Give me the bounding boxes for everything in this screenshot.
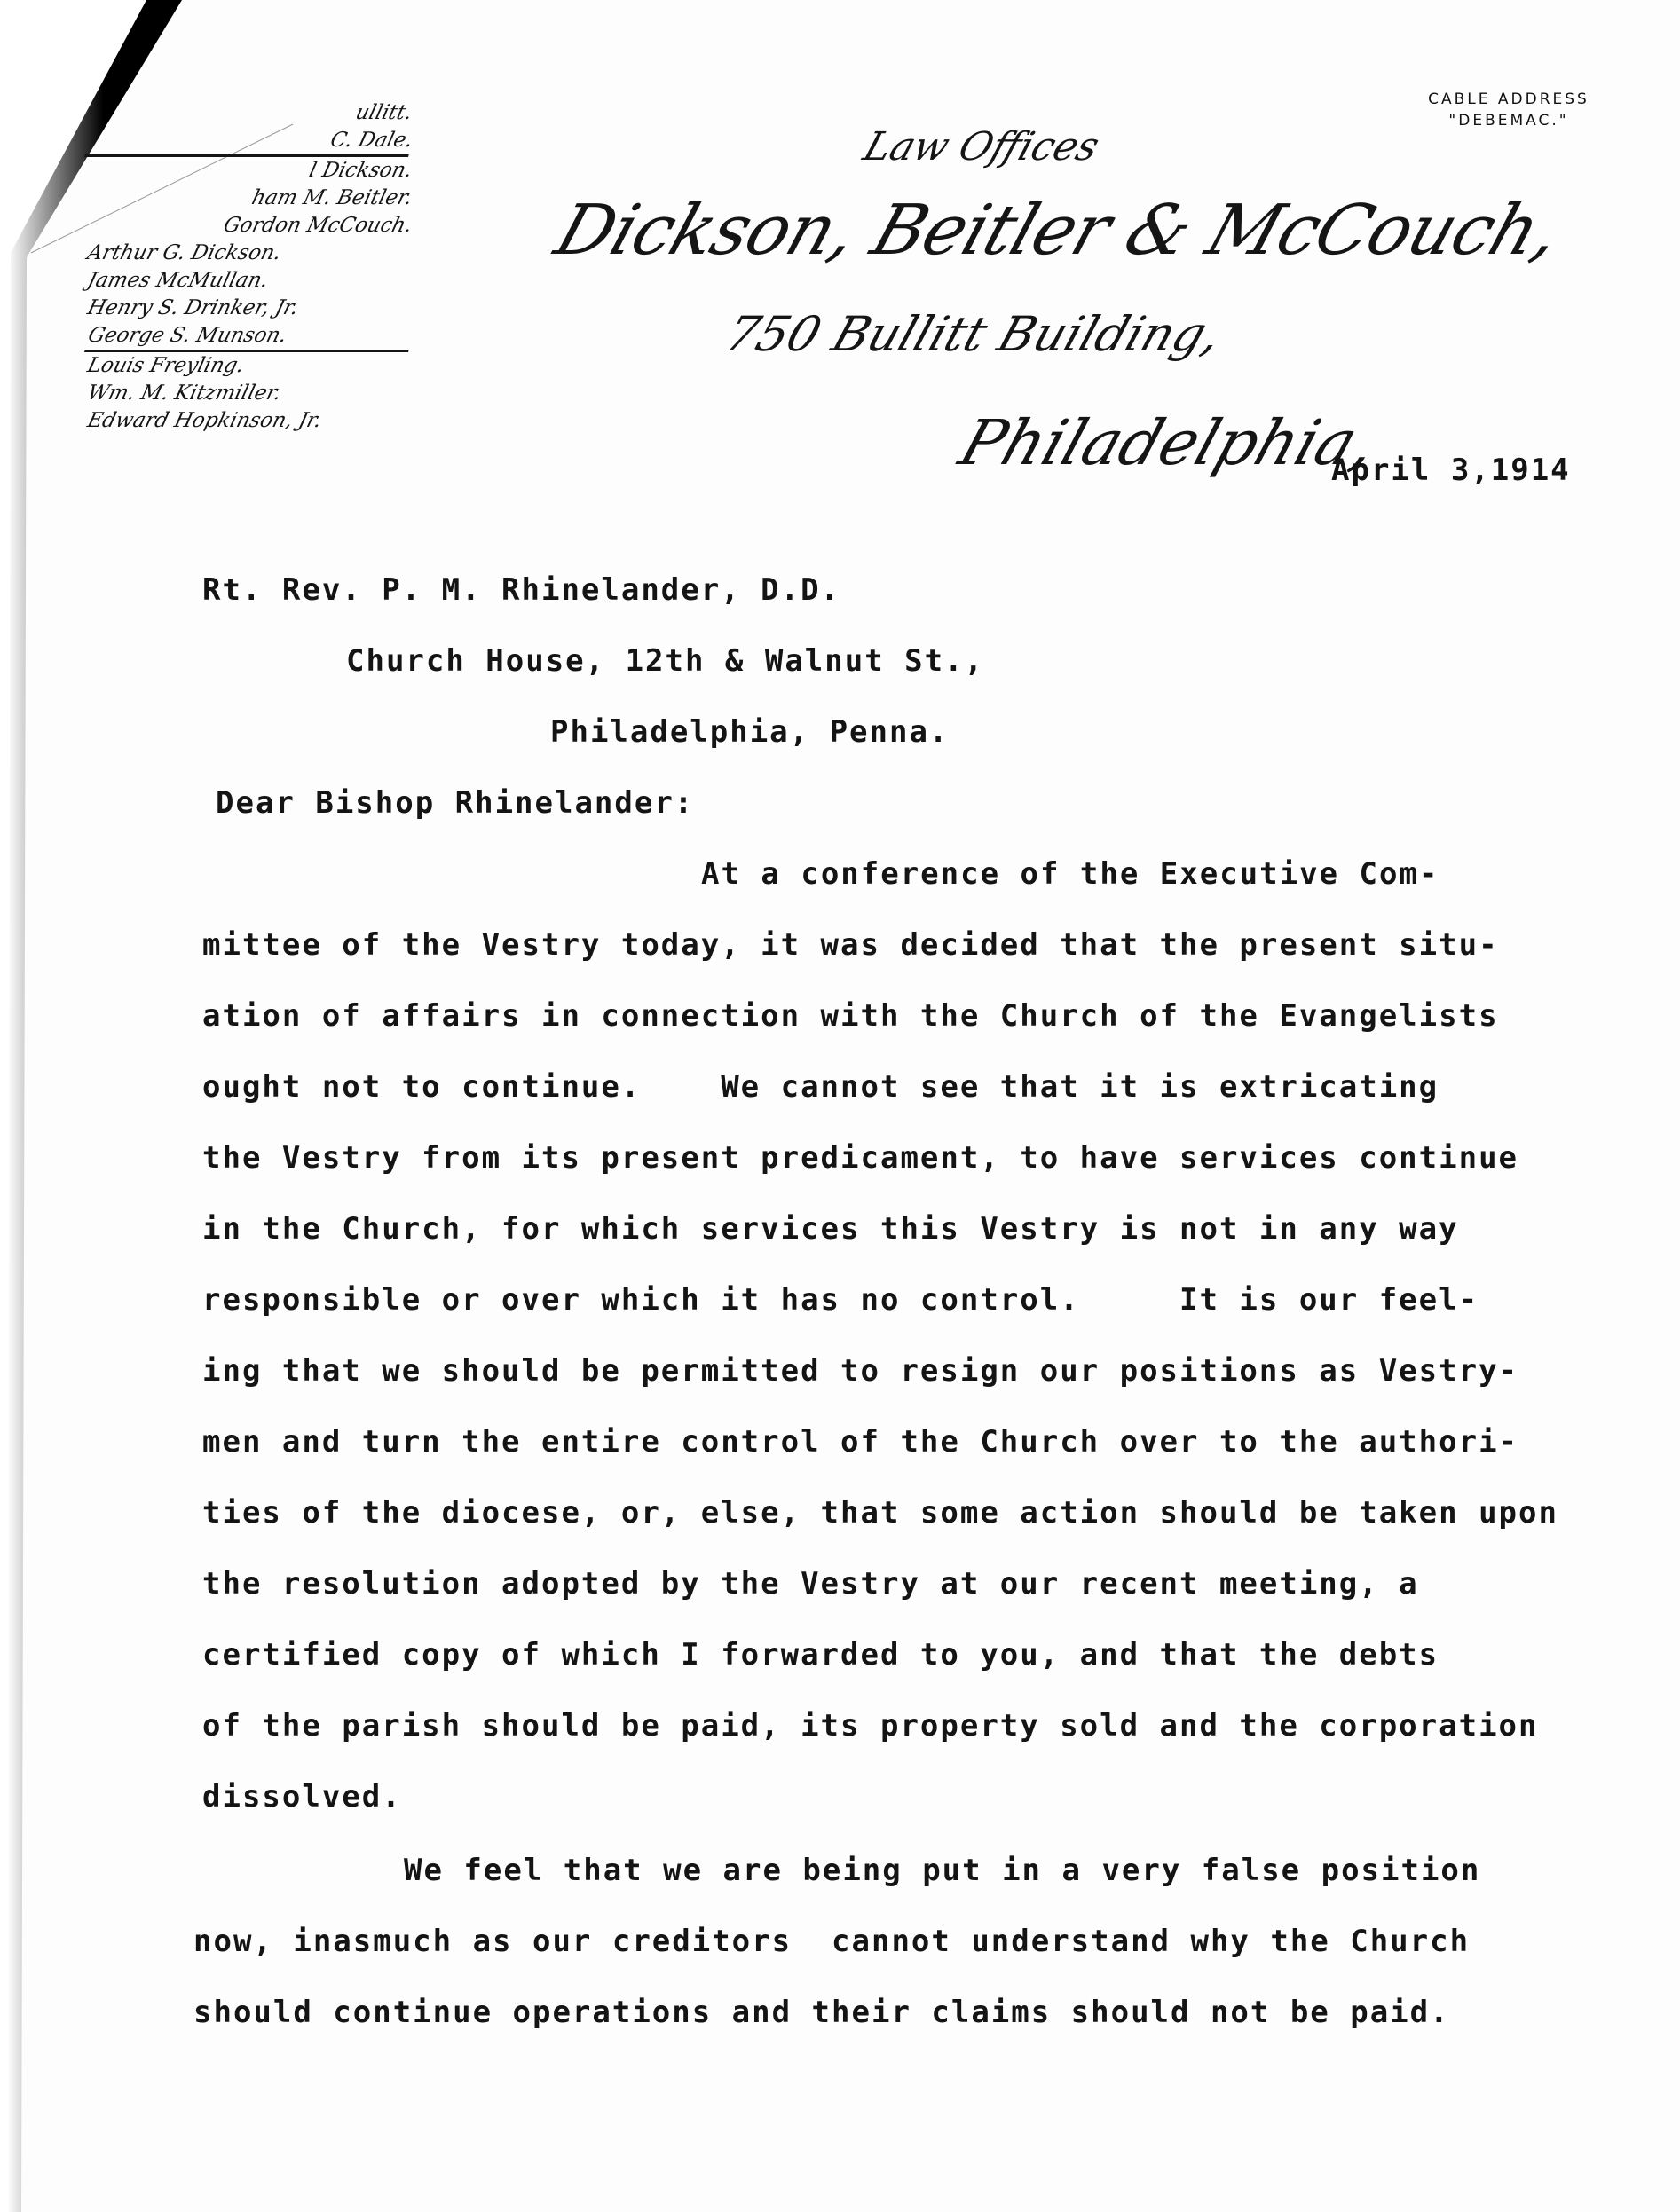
body-line: ought not to continue. We cannot see tha… — [202, 1069, 1439, 1105]
cable-address-label: CABLE ADDRESS — [1402, 89, 1615, 110]
partner-name: ullitt. — [84, 99, 415, 127]
body-line: in the Church, for which services this V… — [202, 1211, 1459, 1247]
partner-name: C. Dale. — [84, 127, 415, 157]
body-line: of the parish should be paid, its proper… — [202, 1708, 1538, 1744]
firm-name: Dickson, Beitler & McCouch, — [546, 191, 1570, 271]
partner-name: Henry S. Drinker, Jr. — [84, 295, 415, 322]
partner-name: Louis Freyling. — [84, 352, 415, 380]
recipient-line: Church House, 12th & Walnut St., — [346, 643, 984, 679]
partner-name: James McMullan. — [84, 267, 415, 295]
body-line: should continue operations and their cla… — [193, 1995, 1450, 2030]
body-line: We feel that we are being put in a very … — [404, 1853, 1480, 1888]
body-line: certified copy of which I forwarded to y… — [202, 1637, 1439, 1673]
partner-list: ullitt. C. Dale. l Dickson. ham M. Beitl… — [84, 99, 430, 435]
body-line: mittee of the Vestry today, it was decid… — [202, 927, 1499, 963]
letter-date: April 3,1914 — [1331, 453, 1571, 488]
partner-name: George S. Munson. — [84, 322, 415, 352]
partner-name: Edward Hopkinson, Jr. — [84, 407, 415, 435]
cable-address-value: "DEBEMAC." — [1402, 110, 1615, 131]
recipient-line: Philadelphia, Penna. — [550, 714, 949, 750]
body-line: ation of affairs in connection with the … — [202, 998, 1499, 1034]
body-line: men and turn the entire control of the C… — [202, 1424, 1518, 1460]
recipient-line: Rt. Rev. P. M. Rhinelander, D.D. — [202, 572, 840, 608]
letter-page: ullitt. C. Dale. l Dickson. ham M. Beitl… — [0, 0, 1680, 2212]
body-line: At a conference of the Executive Com- — [701, 856, 1439, 892]
body-line: ing that we should be permitted to resig… — [202, 1353, 1518, 1389]
law-offices-heading: Law Offices — [858, 124, 1105, 169]
partner-name: ham M. Beitler. — [84, 185, 415, 212]
partner-name: l Dickson. — [84, 157, 415, 185]
firm-city: Philadelphia, — [951, 406, 1386, 479]
body-line: now, inasmuch as our creditors cannot un… — [193, 1924, 1470, 1959]
body-line: ties of the diocese, or, else, that some… — [202, 1495, 1558, 1531]
body-line: the resolution adopted by the Vestry at … — [202, 1566, 1419, 1602]
body-line: the Vestry from its present predicament,… — [202, 1140, 1518, 1176]
salutation: Dear Bishop Rhinelander: — [216, 785, 694, 821]
body-line: dissolved. — [202, 1779, 402, 1814]
cable-address: CABLE ADDRESS "DEBEMAC." — [1402, 89, 1615, 131]
partner-name: Arthur G. Dickson. — [84, 240, 415, 267]
firm-address: 750 Bullitt Building, — [719, 306, 1229, 362]
body-line: responsible or over which it has no cont… — [202, 1282, 1479, 1318]
partner-name: Gordon McCouch. — [84, 212, 415, 240]
partner-name: Wm. M. Kitzmiller. — [84, 380, 415, 407]
